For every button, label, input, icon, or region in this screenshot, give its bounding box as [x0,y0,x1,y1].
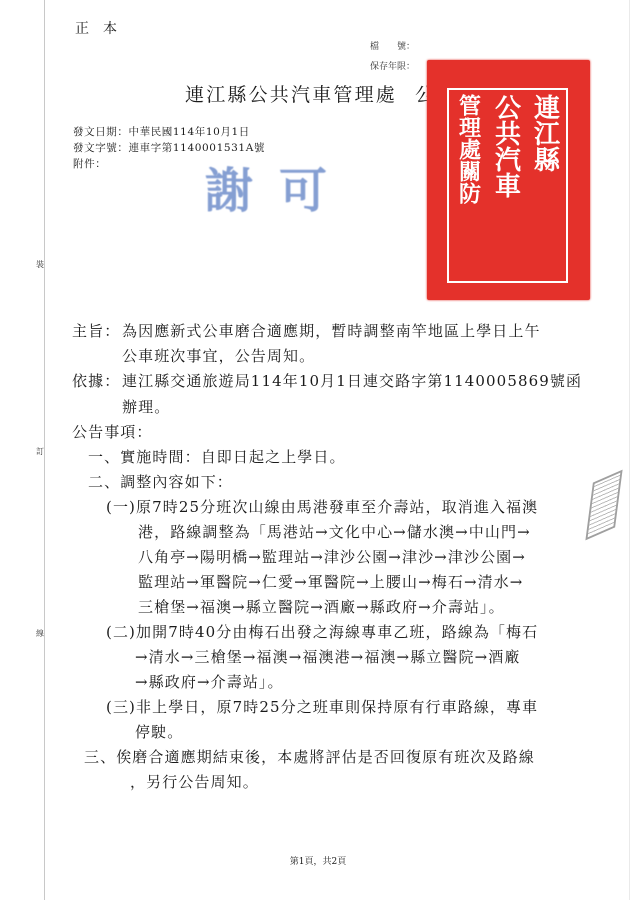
page-number: 第1頁，共2頁 [0,854,636,867]
sub-item-1-line-5: 三槍堡→福澳→縣立醫院→酒廠→縣政府→介壽站」。 [138,596,505,617]
agency-name: 連江縣公共汽車管理處 [185,84,397,106]
seal-col-3: 管理處關防 [458,94,480,277]
retention-label: 保存年限： [370,59,415,72]
subject-label: 主旨： [72,320,120,341]
side-seal-stamp [585,470,622,541]
attachment-label: 附件： [73,156,106,171]
subject-line-2: 公車班次事宜，公告周知。 [122,345,315,366]
sub-item-2-line-1: (二)加開7時40分由梅石出發之海線專車乙班，路線為「梅石 [106,621,538,642]
sub-item-1-line-1: (一)原7時25分班次山線由馬港發車至介壽站，取消進入福澳 [106,496,538,517]
seal-col-2: 公共汽車 [493,94,519,277]
items-heading: 公告事項： [72,421,153,442]
item-2: 二、調整內容如下： [88,471,233,492]
copy-mark: 正本 [75,18,131,38]
subject-line-1: 為因應新式公車磨合適應期，暫時調整南竿地區上學日上午 [122,320,541,341]
binding-line [44,0,45,900]
item-1: 一、實施時間：自即日起之上學日。 [88,446,346,467]
seal-inner-frame: 連江縣 公共汽車 管理處關防 [447,88,568,283]
sub-item-1-line-4: 監理站→軍醫院→仁愛→軍醫院→上腰山→梅石→清水→ [138,571,523,592]
official-seal: 連江縣 公共汽車 管理處關防 [427,60,590,300]
seal-col-1: 連江縣 [532,94,558,277]
issue-date: 發文日期：中華民國114年10月1日 [73,124,250,139]
basis-line-2: 辦理。 [122,396,170,417]
sub-item-1-line-3: 八角亭→陽明橋→監理站→津沙公園→津沙→津沙公園→ [138,546,526,567]
binding-mark-xian: 線 [36,626,44,641]
binding-mark-zhuang: 裝 [36,257,44,272]
sub-item-1-line-2: 港，路線調整為「馬港站→文化中心→儲水澳→中山門→ [138,521,531,542]
item-3-line-1: 三、俟磨合適應期結束後，本處將評估是否回復原有班次及路線 [84,746,535,767]
document-title: 連江縣公共汽車管理處公告 [185,80,457,107]
signature-stamp: 謝可 [205,152,353,221]
sub-item-2-line-3: →縣政府→介壽站」。 [135,671,284,692]
item-3-line-2: ，另行公告周知。 [130,771,259,792]
sub-item-3-line-1: (三)非上學日，原7時25分之班車則保持原有行車路線，專車 [106,696,538,717]
sub-item-3-line-2: 停駛。 [135,721,183,742]
sub-item-2-line-2: →清水→三槍堡→福澳→福澳港→福澳→縣立醫院→酒廠 [135,646,520,667]
page-edge [629,0,630,900]
binding-mark-ding: 訂 [36,444,44,459]
basis-line-1: 連江縣交通旅遊局114年10月1日連交路字第1140005869號函 [122,370,582,391]
file-number-label: 檔 號： [370,39,415,52]
basis-label: 依據： [72,370,120,391]
